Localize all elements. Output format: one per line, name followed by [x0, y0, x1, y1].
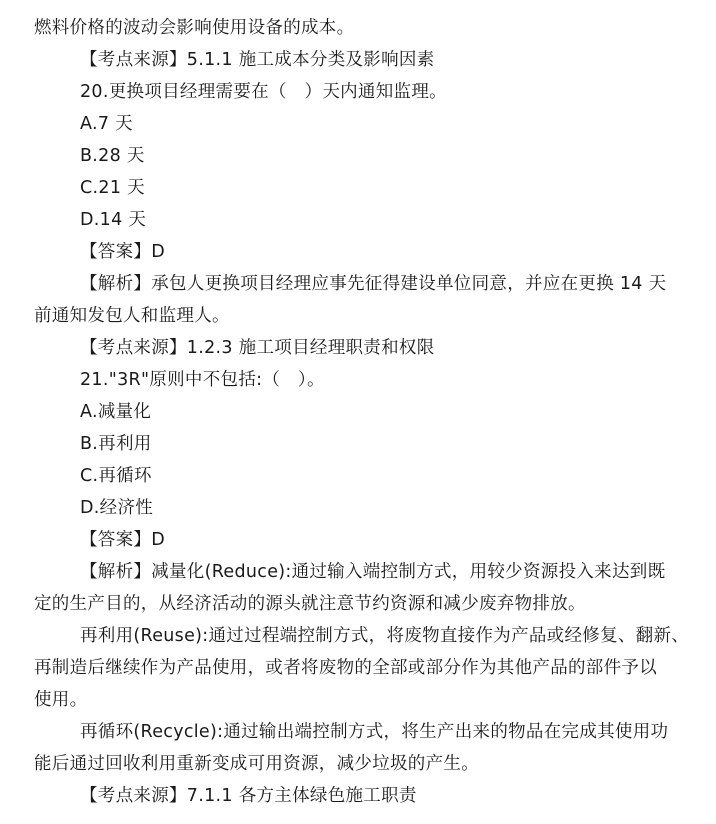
analysis: 【解析】减量化(Reduce):通过输入端控制方式，用较少资源投入来达到既: [80, 561, 665, 583]
text-line: 燃料价格的波动会影响使用设备的成本。: [34, 17, 354, 39]
analysis-continued: 前通知发包人和监理人。: [34, 305, 230, 327]
option-b: B.再利用: [80, 433, 152, 455]
option-a: A.7 天: [80, 113, 133, 135]
option-a: A.减量化: [80, 401, 151, 423]
question-21: 21."3R"原则中不包括:（ ）。: [80, 369, 325, 391]
analysis-continued: 定的生产目的，从经济活动的源头就注意节约资源和减少废弃物排放。: [34, 593, 586, 615]
document-page: 燃料价格的波动会影响使用设备的成本。 【考点来源】5.1.1 施工成本分类及影响…: [0, 0, 716, 824]
analysis-recycle-continued: 能后通过回收利用重新变成可用资源，减少垃圾的产生。: [34, 753, 479, 775]
source-reference: 【考点来源】1.2.3 施工项目经理职责和权限: [80, 337, 435, 359]
answer: 【答案】D: [80, 529, 165, 551]
analysis: 【解析】承包人更换项目经理应事先征得建设单位同意，并应在更换 14 天: [80, 273, 666, 295]
analysis-reuse-continued: 使用。: [34, 689, 87, 711]
analysis-reuse-continued: 再制造后继续作为产品使用，或者将废物的全部或部分作为其他产品的部件予以: [34, 657, 657, 679]
answer: 【答案】D: [80, 241, 165, 263]
source-reference: 【考点来源】7.1.1 各方主体绿色施工职责: [80, 785, 417, 807]
question-20: 20.更换项目经理需要在（ ）天内通知监理。: [80, 81, 447, 103]
option-b: B.28 天: [80, 145, 145, 167]
analysis-reuse: 再利用(Reuse):通过过程端控制方式，将废物直接作为产品或经修复、翻新、: [80, 625, 689, 647]
option-d: D.经济性: [80, 497, 153, 519]
analysis-recycle: 再循环(Recycle):通过输出端控制方式，将生产出来的物品在完成其使用功: [80, 721, 668, 743]
source-reference: 【考点来源】5.1.1 施工成本分类及影响因素: [80, 49, 435, 71]
option-c: C.再循环: [80, 465, 152, 487]
option-c: C.21 天: [80, 177, 145, 199]
option-d: D.14 天: [80, 209, 146, 231]
